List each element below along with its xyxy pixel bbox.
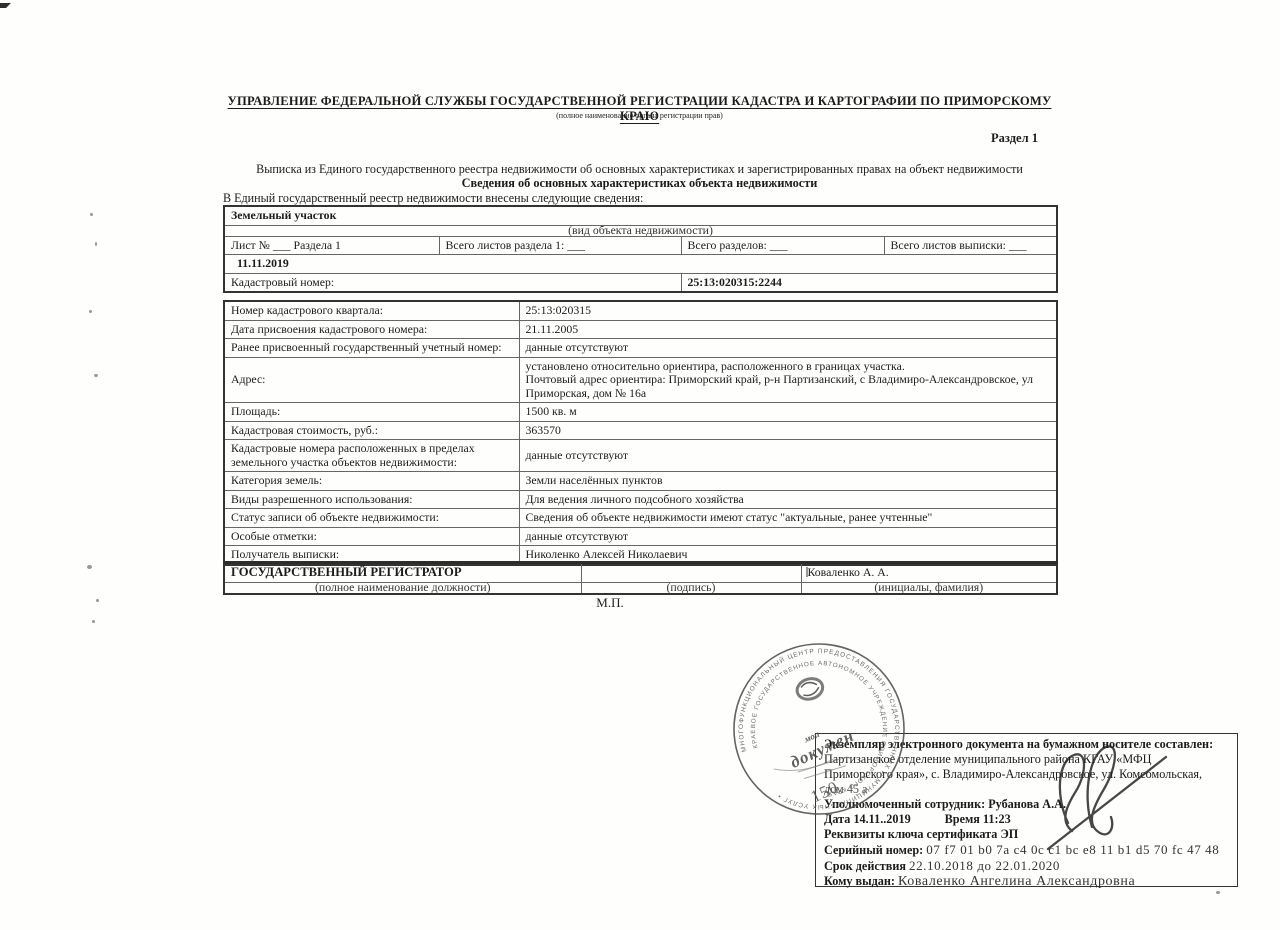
- sheets-total-section-cell: Всего листов раздела 1: ___: [439, 236, 681, 255]
- table-row: Земельный участок: [224, 206, 1057, 225]
- serial-label: Серийный номер:: [824, 843, 923, 857]
- row-label: Номер кадастрового квартала:: [224, 301, 519, 320]
- registrar-title: ГОСУДАРСТВЕННЫЙ РЕГИСТРАТОР: [224, 563, 581, 583]
- section-label: Раздел 1: [223, 131, 1038, 146]
- table-row: Адрес: установлено относительно ориентир…: [224, 357, 1057, 403]
- row-value: установлено относительно ориентира, расп…: [519, 357, 1057, 403]
- extract-title: Выписка из Единого государственного реес…: [213, 162, 1066, 177]
- row-label: Адрес:: [224, 357, 519, 403]
- object-type: Земельный участок: [224, 206, 1057, 225]
- row-value: Для ведения личного подсобного хозяйства: [519, 490, 1057, 509]
- table-row: Площадь: 1500 кв. м: [224, 403, 1057, 422]
- row-label: Дата присвоения кадастрового номера:: [224, 320, 519, 339]
- scan-speck: [806, 567, 808, 577]
- table-row: Статус записи об объекте недвижимости: С…: [224, 509, 1057, 528]
- table-row: Дата присвоения кадастрового номера: 21.…: [224, 320, 1057, 339]
- scan-speck: [89, 310, 92, 313]
- sheets-total-extract-cell: Всего листов выписки: ___: [884, 236, 1057, 255]
- table-row: Лист № ___ Раздела 1 Всего листов раздел…: [224, 236, 1057, 255]
- scan-artifact-corner: [0, 3, 11, 8]
- row-value: 1500 кв. м: [519, 403, 1057, 422]
- scan-speck: [90, 213, 93, 216]
- scan-speck: [94, 374, 98, 377]
- footer-line-validity: Срок действия 22.10.2018 до 22.01.2020: [824, 858, 1229, 874]
- row-value: данные отсутствуют: [519, 440, 1057, 472]
- table-row: Кадастровый номер: 25:13:020315:2244: [224, 273, 1057, 292]
- handwritten-signature-icon: [1030, 735, 1190, 855]
- issued-value: Коваленко Ангелина Александровна: [898, 874, 1135, 889]
- footer-time: Время 11:23: [945, 812, 1011, 826]
- row-value: данные отсутствуют: [519, 339, 1057, 358]
- details-table: Номер кадастрового квартала: 25:13:02031…: [223, 300, 1058, 566]
- row-value: 25:13:020315: [519, 301, 1057, 320]
- scan-speck: [96, 599, 99, 602]
- stamp-place-label: М.П.: [560, 595, 660, 611]
- row-label: Категория земель:: [224, 472, 519, 491]
- table-row: Категория земель: Земли населённых пункт…: [224, 472, 1057, 491]
- extract-date: 11.11.2019: [224, 255, 1057, 274]
- cadastral-number-value: 25:13:020315:2244: [681, 273, 1057, 292]
- page-title-caption: (полное наименование органа регистрации …: [223, 111, 1056, 120]
- table-row: (вид объекта недвижимости): [224, 225, 1057, 236]
- scan-speck: [1216, 891, 1220, 894]
- table-row: (полное наименование должности) (подпись…: [224, 582, 1057, 594]
- row-label: Особые отметки:: [224, 527, 519, 546]
- table-row: ГОСУДАРСТВЕННЫЙ РЕГИСТРАТОР Коваленко А.…: [224, 563, 1057, 583]
- table-row: Особые отметки: данные отсутствуют: [224, 527, 1057, 546]
- table-row: Виды разрешенного использования: Для вед…: [224, 490, 1057, 509]
- sheet-cell: Лист № ___ Раздела 1: [224, 236, 439, 255]
- row-label: Площадь:: [224, 403, 519, 422]
- table-row: Ранее присвоенный государственный учетны…: [224, 339, 1057, 358]
- row-label: Ранее присвоенный государственный учетны…: [224, 339, 519, 358]
- table-row: Кадастровая стоимость, руб.: 363570: [224, 421, 1057, 440]
- registrar-table: ГОСУДАРСТВЕННЫЙ РЕГИСТРАТОР Коваленко А.…: [223, 561, 1058, 595]
- footer-line-issued: Кому выдан: Коваленко Ангелина Александр…: [824, 874, 1229, 889]
- row-value: 363570: [519, 421, 1057, 440]
- scanned-document-page: УПРАВЛЕНИЕ ФЕДЕРАЛЬНОЙ СЛУЖБЫ ГОСУДАРСТВ…: [0, 0, 1280, 930]
- caption-position: (полное наименование должности): [224, 582, 581, 594]
- scan-speck: [92, 620, 95, 623]
- row-value: 21.11.2005: [519, 320, 1057, 339]
- object-type-caption: (вид объекта недвижимости): [224, 225, 1057, 236]
- caption-signature: (подпись): [581, 582, 801, 594]
- registrar-name: Коваленко А. А.: [801, 563, 1057, 583]
- caption-name: (инициалы, фамилия): [801, 582, 1057, 594]
- extract-subtitle: Сведения об основных характеристиках объ…: [223, 176, 1056, 191]
- row-value: данные отсутствуют: [519, 527, 1057, 546]
- cadastral-number-label: Кадастровый номер:: [224, 273, 681, 292]
- table-row: Номер кадастрового квартала: 25:13:02031…: [224, 301, 1057, 320]
- row-label: Кадастровые номера расположенных в преде…: [224, 440, 519, 472]
- table-row: Кадастровые номера расположенных в преде…: [224, 440, 1057, 472]
- registrar-signature-cell: [581, 563, 801, 583]
- row-value: Земли населённых пунктов: [519, 472, 1057, 491]
- row-label: Виды разрешенного использования:: [224, 490, 519, 509]
- row-value: Сведения об объекте недвижимости имеют с…: [519, 509, 1057, 528]
- object-header-table: Земельный участок (вид объекта недвижимо…: [223, 205, 1058, 293]
- validity-value: 22.10.2018 до 22.01.2020: [909, 858, 1060, 873]
- sections-total-cell: Всего разделов: ___: [681, 236, 884, 255]
- validity-label: Срок действия: [824, 859, 906, 873]
- table-row: 11.11.2019: [224, 255, 1057, 274]
- issued-label: Кому выдан:: [824, 874, 895, 888]
- mfc-round-seal-icon: МНОГОФУНКЦИОНАЛЬНЫЙ ЦЕНТР ПРЕДОСТАВЛЕНИЯ…: [726, 636, 912, 822]
- scan-speck: [87, 565, 92, 569]
- scan-speck: [95, 242, 97, 246]
- row-label: Статус записи об объекте недвижимости:: [224, 509, 519, 528]
- row-label: Кадастровая стоимость, руб.:: [224, 421, 519, 440]
- intro-line: В Единый государственный реестр недвижим…: [223, 191, 1056, 206]
